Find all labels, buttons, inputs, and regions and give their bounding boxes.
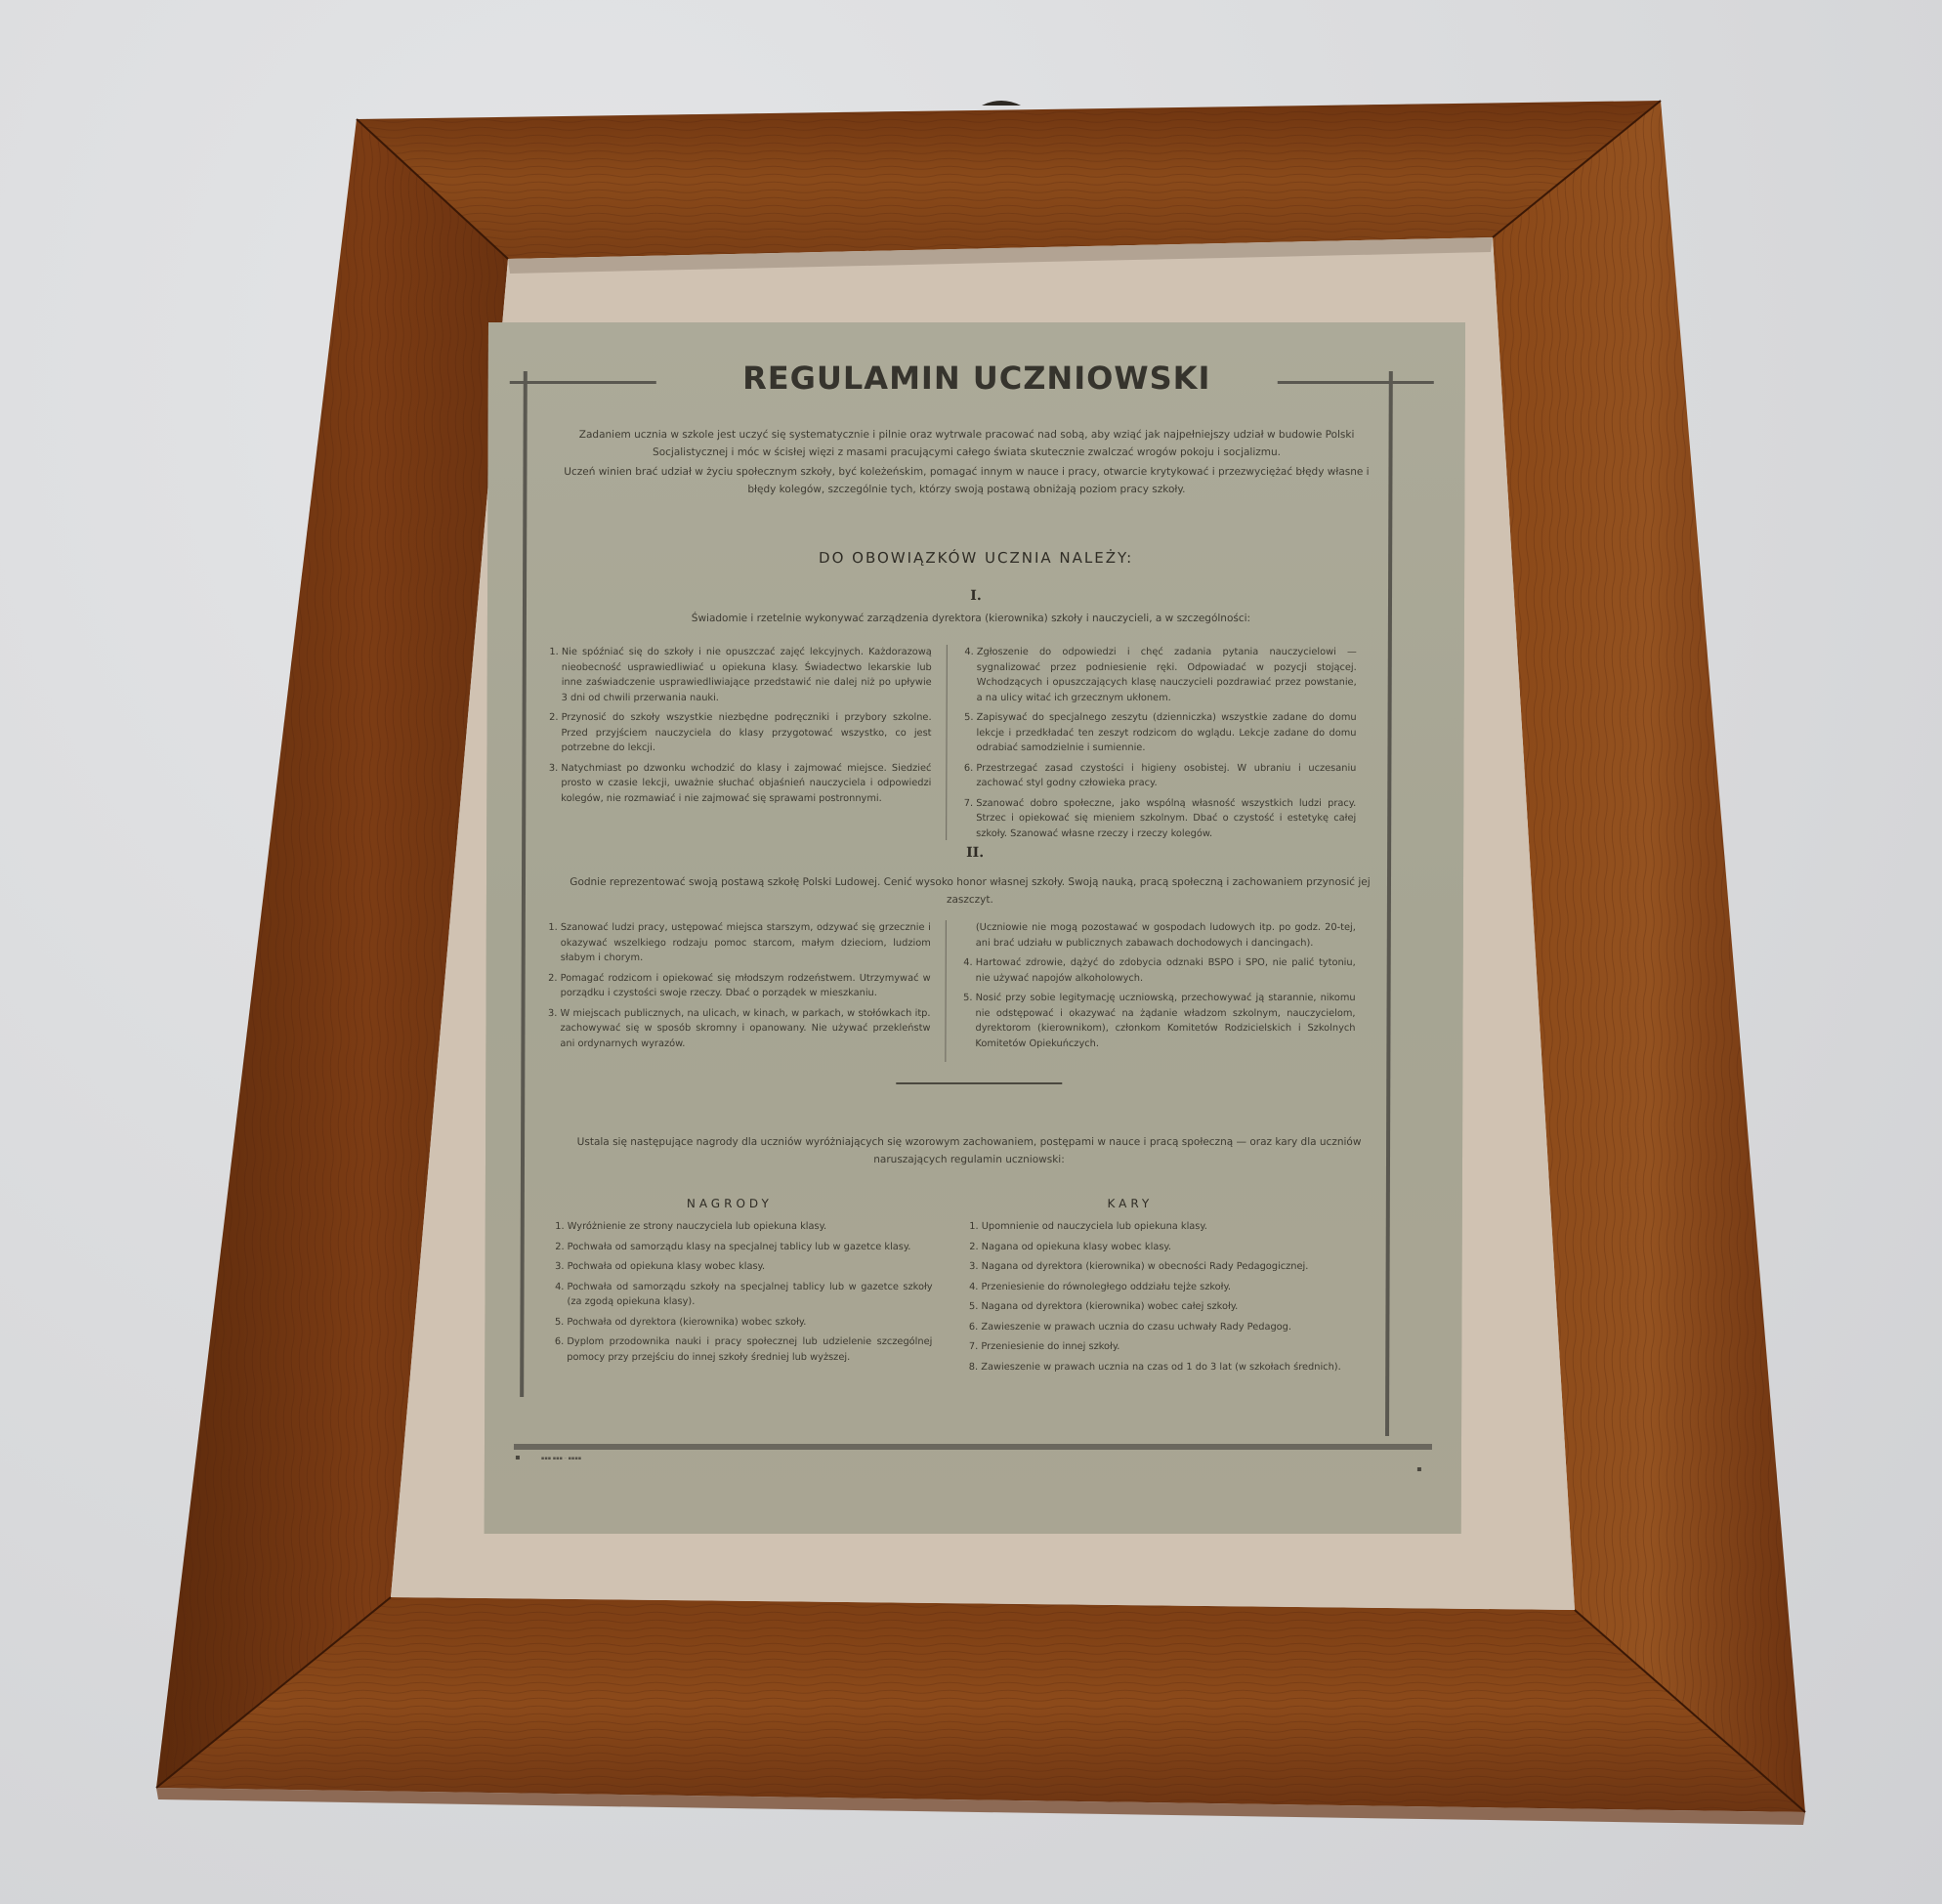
continuation-note: (Uczniowie nie mogą pozostawać w gospoda…	[976, 920, 1356, 951]
list-item: Hartować zdrowie, dążyć do zdobycia odzn…	[976, 955, 1356, 986]
list-item: Nie spóźniać się do szkoły i nie opuszcz…	[562, 645, 932, 705]
decorative-border	[1385, 371, 1393, 1436]
decorative-border	[514, 1444, 1432, 1450]
list-item: Nosić przy sobie legitymację uczniowską,…	[975, 991, 1355, 1051]
column-divider	[946, 645, 948, 840]
decorative-border	[520, 371, 528, 1397]
list-item: Zapisywać do specjalnego zeszytu (dzienn…	[976, 710, 1356, 756]
section2-left-column: Szanować ludzi pracy, ustępować miejsca …	[544, 920, 930, 1056]
column-divider	[945, 920, 947, 1062]
list-item: Wyróżnienie ze strony nauczyciela lub op…	[568, 1219, 933, 1235]
list-item: Dyplom przodownika nauki i pracy społecz…	[567, 1334, 932, 1365]
rewards-intro: Ustala się następujące nagrody dla uczni…	[573, 1133, 1365, 1168]
document-title: REGULAMIN UCZNIOWSKI	[488, 360, 1465, 397]
list-item: Szanować ludzi pracy, ustępować miejsca …	[561, 920, 931, 966]
list-item: Pomagać rodzicom i opiekować się młodszy…	[561, 971, 931, 1001]
section1-right-column: Zgłoszenie do odpowiedzi i chęć zadania …	[960, 645, 1357, 846]
section2-right-column: (Uczniowie nie mogą pozostawać w gospoda…	[959, 920, 1355, 1056]
list-item: Przeniesienie do innej szkoły.	[981, 1339, 1361, 1355]
list-item: Pochwała od samorządu klasy na specjalne…	[568, 1240, 933, 1255]
list-item: Szanować dobro społeczne, jako wspólną w…	[976, 796, 1356, 842]
section-numeral: I.	[487, 588, 1464, 604]
list-item: Upomnienie od nauczyciela lub opiekuna k…	[982, 1219, 1362, 1235]
rewards-heading: NAGRODY	[632, 1197, 827, 1210]
section-numeral: II.	[486, 845, 1463, 861]
list-item: Przestrzegać zasad czystości i higieny o…	[976, 761, 1356, 791]
section1-left-column: Nie spóźniać się do szkoły i nie opuszcz…	[545, 645, 932, 811]
list-item: Przynosić do szkoły wszystkie niezbędne …	[561, 710, 931, 756]
list-item: Zgłoszenie do odpowiedzi i chęć zadania …	[977, 645, 1357, 705]
list-item: Nagana od dyrektora (kierownika) w obecn…	[982, 1259, 1362, 1275]
list-item: Pochwała od dyrektora (kierownika) wobec…	[567, 1315, 932, 1331]
list-item: Przeniesienie do równoległego oddziału t…	[982, 1280, 1362, 1295]
intro-paragraph: Zadaniem ucznia w szkole jest uczyć się …	[557, 426, 1377, 461]
punishments-list: Upomnienie od nauczyciela lub opiekuna k…	[965, 1219, 1362, 1379]
intro-paragraph: Uczeń winien brać udział w życiu społecz…	[556, 463, 1376, 498]
rewards-list: Wyróżnienie ze strony nauczyciela lub op…	[551, 1219, 933, 1370]
section-intro: Świadomie i rzetelnie wykonywać zarządze…	[566, 610, 1376, 627]
print-mark	[1417, 1467, 1421, 1471]
separator-rule	[896, 1082, 1062, 1084]
list-item: Zawieszenie w prawach ucznia do czasu uc…	[981, 1320, 1361, 1335]
list-item: Nagana od dyrektora (kierownika) wobec c…	[981, 1299, 1361, 1315]
hanging-hook	[982, 101, 1021, 106]
section-intro: Godnie reprezentować swoją postawą szkoł…	[565, 873, 1375, 909]
duties-heading: DO OBOWIĄZKÓW UCZNIA NALEŻY:	[487, 549, 1464, 567]
printer-imprint: ▪▪▪ ▪▪▪ – ▪▪▪▪	[541, 1456, 581, 1461]
list-item: Pochwała od samorządu szkoły na specjaln…	[567, 1280, 932, 1310]
intro-text: Zadaniem ucznia w szkole jest uczyć się …	[556, 426, 1376, 500]
punishments-heading: KARY	[1033, 1197, 1228, 1210]
list-item: Natychmiast po dzwonku wchodzić do klasy…	[561, 761, 931, 807]
list-item: W miejscach publicznych, na ulicach, w k…	[560, 1006, 930, 1052]
list-item: Pochwała od opiekuna klasy wobec klasy.	[568, 1259, 933, 1275]
print-mark	[516, 1456, 520, 1460]
list-item: Zawieszenie w prawach ucznia na czas od …	[981, 1360, 1361, 1375]
poster-paper: REGULAMIN UCZNIOWSKI Zadaniem ucznia w s…	[485, 322, 1465, 1534]
list-item: Nagana od opiekuna klasy wobec klasy.	[982, 1240, 1362, 1255]
